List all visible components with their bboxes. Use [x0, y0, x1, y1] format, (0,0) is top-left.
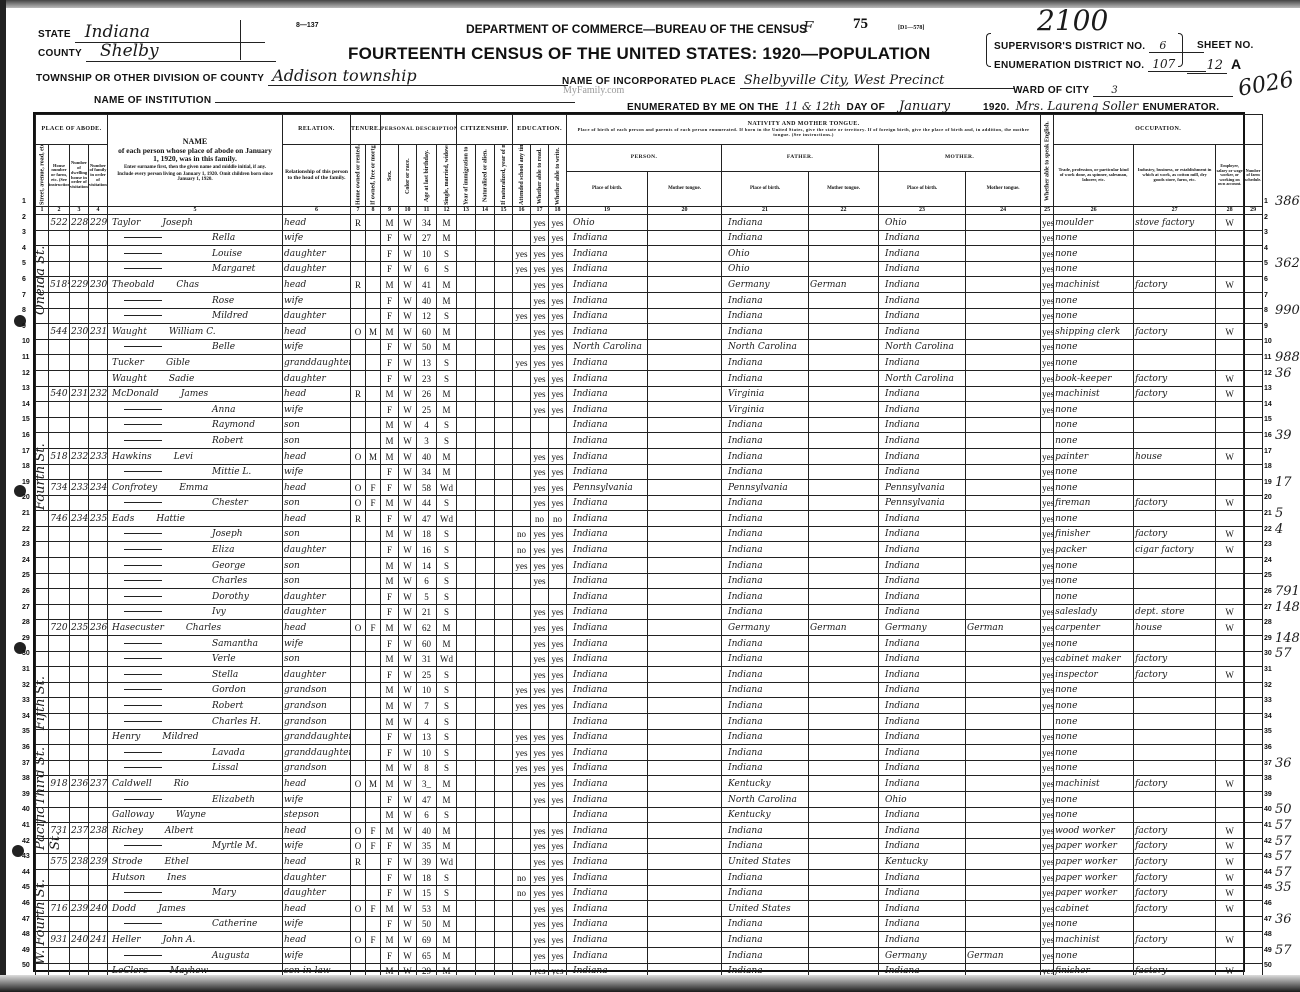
mother-tongue-cell — [966, 308, 1041, 324]
naturalization-year-cell — [495, 760, 513, 776]
name-cell: Dorothy — [108, 589, 283, 605]
header-person-pob: Place of birth. — [567, 172, 648, 207]
dwelling-cell — [70, 370, 89, 386]
township-label: TOWNSHIP OR OTHER DIVISION OF COUNTY — [36, 73, 264, 84]
line-number-left: 8 — [22, 307, 26, 314]
age-cell: 7 — [417, 698, 437, 714]
owned-cell: R — [351, 854, 366, 870]
relation-cell: head — [283, 776, 351, 792]
industry-cell — [1134, 807, 1216, 823]
immigration-cell — [457, 386, 476, 402]
owned-cell — [351, 682, 366, 698]
mother-tongue-cell — [966, 682, 1041, 698]
county-label: COUNTY — [38, 48, 82, 59]
mortgaged-cell — [366, 651, 381, 667]
color-cell: W — [399, 433, 417, 449]
trade-cell: none — [1054, 807, 1134, 823]
sheet-side: A — [1231, 56, 1241, 72]
given-name: Ethel — [165, 857, 189, 867]
employer-cell — [1216, 589, 1244, 605]
street-cell — [36, 573, 49, 589]
sex-cell: F — [381, 729, 399, 745]
naturalization-year-cell — [495, 448, 513, 464]
relation-cell: grandson — [283, 714, 351, 730]
father-tongue-cell — [809, 745, 879, 761]
sex-cell: M — [381, 807, 399, 823]
column-number: 5 — [108, 207, 283, 215]
mortgaged-cell: F — [366, 620, 381, 636]
census-row: WaughtSadiedaughterFW23SyesyesIndianaInd… — [36, 370, 1263, 386]
industry-cell — [1134, 745, 1216, 761]
ditto-dash — [124, 611, 162, 612]
father-birthplace-cell: Indiana — [722, 495, 809, 511]
father-tongue-cell — [809, 542, 879, 558]
relation-cell: head — [283, 823, 351, 839]
immigration-cell — [457, 636, 476, 652]
mother-birthplace-cell: Indiana — [879, 324, 966, 340]
read-cell: yes — [531, 823, 549, 839]
naturalized-cell — [476, 698, 495, 714]
mother-birthplace-cell: Indiana — [879, 682, 966, 698]
house-number-cell — [49, 417, 70, 433]
read-cell: yes — [531, 308, 549, 324]
person-tongue-cell — [648, 246, 722, 262]
dwelling-cell — [70, 573, 89, 589]
trade-cell: none — [1054, 464, 1134, 480]
read-cell — [531, 807, 549, 823]
name-cell: Margaret — [108, 261, 283, 277]
farm-cell — [1244, 760, 1263, 776]
trade-cell: packer — [1054, 542, 1134, 558]
street-cell — [36, 511, 49, 527]
census-row: BellewifeFW50MyesyesNorth CarolinaNorth … — [36, 339, 1263, 355]
farm-cell — [1244, 745, 1263, 761]
industry-cell — [1134, 355, 1216, 371]
english-cell: yes — [1041, 402, 1054, 418]
immigration-cell — [457, 402, 476, 418]
immigration-cell — [457, 604, 476, 620]
dwelling-cell — [70, 339, 89, 355]
column-number-row: 1234567891011121314151617181920212223242… — [36, 207, 1263, 215]
marital-cell: M — [437, 402, 457, 418]
read-cell: yes — [531, 464, 549, 480]
census-row: JosephsonMW18SnoyesyesIndianaIndianaIndi… — [36, 526, 1263, 542]
naturalization-year-cell — [495, 480, 513, 496]
read-cell: yes — [531, 230, 549, 246]
naturalization-year-cell — [495, 542, 513, 558]
owned-cell — [351, 261, 366, 277]
dwelling-cell: 237 — [70, 823, 89, 839]
marital-cell: M — [437, 215, 457, 231]
color-cell: W — [399, 448, 417, 464]
school-cell — [513, 339, 531, 355]
color-cell: W — [399, 526, 417, 542]
naturalized-cell — [476, 885, 495, 901]
color-cell: W — [399, 339, 417, 355]
age-cell: 18 — [417, 526, 437, 542]
column-number: 2 — [49, 207, 70, 215]
line-number-right: 4 — [1264, 245, 1268, 252]
father-birthplace-cell: Indiana — [722, 729, 809, 745]
father-birthplace-cell: United States — [722, 901, 809, 917]
header-relation-desc: Relationship of this person to the head … — [283, 145, 351, 207]
header-father-tongue: Mother tongue. — [809, 172, 879, 207]
mother-tongue-cell — [966, 558, 1041, 574]
surname: Hawkins — [112, 452, 152, 462]
employer-cell: W — [1216, 386, 1244, 402]
given-name: Rella — [212, 233, 235, 243]
marital-cell: M — [437, 324, 457, 340]
naturalized-cell — [476, 402, 495, 418]
given-name: James — [158, 904, 185, 914]
given-name: Chas — [176, 280, 199, 290]
relation-cell: son — [283, 433, 351, 449]
street-cell — [36, 932, 49, 948]
house-number-cell — [49, 667, 70, 683]
line-number-right: 9 — [1264, 323, 1268, 330]
naturalized-cell — [476, 589, 495, 605]
line-number-right: 31 — [1264, 666, 1272, 673]
name-cell: GallowayWayne — [108, 807, 283, 823]
naturalized-cell — [476, 932, 495, 948]
naturalized-cell — [476, 230, 495, 246]
line-number-left: 23 — [22, 541, 30, 548]
sex-cell: M — [381, 526, 399, 542]
relation-cell: daughter — [283, 542, 351, 558]
house-number-cell — [49, 292, 70, 308]
father-birthplace-cell: Indiana — [722, 542, 809, 558]
marital-cell: M — [437, 838, 457, 854]
trade-cell: machinist — [1054, 776, 1134, 792]
mother-tongue-cell: German — [966, 620, 1041, 636]
line-number-right: 26 — [1264, 588, 1272, 595]
person-birthplace-cell: Indiana — [567, 760, 648, 776]
header-employer: Employer, salary or wage worker, or work… — [1216, 145, 1244, 207]
house-number-cell — [49, 807, 70, 823]
mother-birthplace-cell: Indiana — [879, 402, 966, 418]
trade-cell: cabinet — [1054, 901, 1134, 917]
name-cell: Charles H. — [108, 714, 283, 730]
color-cell: W — [399, 386, 417, 402]
industry-cell: house — [1134, 448, 1216, 464]
color-cell: W — [399, 947, 417, 963]
sex-cell: F — [381, 947, 399, 963]
house-number-cell — [49, 636, 70, 652]
read-cell: yes — [531, 620, 549, 636]
house-number-cell — [49, 791, 70, 807]
mother-birthplace-cell: North Carolina — [879, 370, 966, 386]
color-cell: W — [399, 698, 417, 714]
column-number: 11 — [417, 207, 437, 215]
census-row: 575238239StrodeEthelheadRFW39WdyesyesInd… — [36, 854, 1263, 870]
father-tongue-cell — [809, 838, 879, 854]
father-birthplace-cell: Indiana — [722, 869, 809, 885]
employer-cell — [1216, 729, 1244, 745]
farm-cell — [1244, 308, 1263, 324]
farm-cell — [1244, 854, 1263, 870]
mother-birthplace-cell: Indiana — [879, 760, 966, 776]
header-name: NAME of each person whose place of abode… — [108, 115, 283, 207]
family-cell — [89, 698, 108, 714]
father-birthplace-cell: Indiana — [722, 230, 809, 246]
read-cell: no — [531, 511, 549, 527]
father-birthplace-cell: Virginia — [722, 402, 809, 418]
sex-cell: F — [381, 480, 399, 496]
father-tongue-cell — [809, 573, 879, 589]
father-birthplace-cell: Indiana — [722, 636, 809, 652]
write-cell: yes — [549, 745, 567, 761]
header-occupation: OCCUPATION. — [1054, 115, 1263, 145]
family-cell — [89, 604, 108, 620]
color-cell: W — [399, 573, 417, 589]
father-tongue-cell — [809, 402, 879, 418]
naturalization-year-cell — [495, 261, 513, 277]
write-cell: yes — [549, 292, 567, 308]
write-cell: yes — [549, 947, 567, 963]
father-birthplace-cell: Indiana — [722, 324, 809, 340]
read-cell: yes — [531, 386, 549, 402]
english-cell: yes — [1041, 698, 1054, 714]
given-name: Albert — [165, 826, 193, 836]
header-person-tongue: Mother tongue. — [648, 172, 722, 207]
write-cell: yes — [549, 636, 567, 652]
employer-cell — [1216, 636, 1244, 652]
dwelling-cell: 230 — [70, 324, 89, 340]
farm-cell — [1244, 230, 1263, 246]
line-number-right: 18 — [1264, 463, 1272, 470]
owned-cell — [351, 651, 366, 667]
mother-birthplace-cell: Indiana — [879, 838, 966, 854]
farm-cell — [1244, 370, 1263, 386]
mother-birthplace-cell: Indiana — [879, 823, 966, 839]
line-number-left: 39 — [22, 791, 30, 798]
marital-cell: M — [437, 230, 457, 246]
house-number-cell: 931 — [49, 932, 70, 948]
surname: Dodd — [112, 904, 136, 914]
family-cell — [89, 916, 108, 932]
margin-note: 5 — [1275, 506, 1283, 521]
line-number-right: 24 — [1264, 557, 1272, 564]
father-tongue-cell — [809, 246, 879, 262]
relation-cell: stepson — [283, 807, 351, 823]
mother-tongue-cell — [966, 854, 1041, 870]
relation-cell: wife — [283, 402, 351, 418]
industry-cell — [1134, 480, 1216, 496]
age-cell: 27 — [417, 230, 437, 246]
school-cell — [513, 324, 531, 340]
father-tongue-cell — [809, 589, 879, 605]
english-cell: yes — [1041, 558, 1054, 574]
write-cell: yes — [549, 682, 567, 698]
father-tongue-cell — [809, 807, 879, 823]
ditto-dash — [124, 845, 162, 846]
family-cell — [89, 807, 108, 823]
given-name: Sadie — [169, 374, 195, 384]
mother-birthplace-cell: Indiana — [879, 511, 966, 527]
age-cell: 40 — [417, 823, 437, 839]
write-cell: yes — [549, 869, 567, 885]
naturalized-cell — [476, 308, 495, 324]
mortgaged-cell — [366, 402, 381, 418]
street-cell — [36, 402, 49, 418]
dwelling-cell — [70, 495, 89, 511]
census-row: HenryMildredgranddaughterFW13SyesyesyesI… — [36, 729, 1263, 745]
owned-cell: O — [351, 324, 366, 340]
given-name: Charles H. — [212, 717, 261, 727]
age-cell: 47 — [417, 791, 437, 807]
read-cell: yes — [531, 261, 549, 277]
mother-birthplace-cell: Indiana — [879, 308, 966, 324]
trade-cell: none — [1054, 714, 1134, 730]
dwelling-cell — [70, 308, 89, 324]
person-birthplace-cell: Indiana — [567, 791, 648, 807]
father-birthplace-cell: Indiana — [722, 355, 809, 371]
employer-cell — [1216, 714, 1244, 730]
sex-cell: M — [381, 448, 399, 464]
school-cell — [513, 604, 531, 620]
mortgaged-cell — [366, 589, 381, 605]
mother-tongue-cell — [966, 651, 1041, 667]
person-birthplace-cell: Indiana — [567, 308, 648, 324]
given-name: Gordon — [212, 685, 246, 695]
marital-cell: M — [437, 277, 457, 293]
given-name: Mildred — [212, 311, 248, 321]
house-number-cell: 731 — [49, 823, 70, 839]
father-tongue-cell — [809, 823, 879, 839]
write-cell: yes — [549, 667, 567, 683]
employer-cell — [1216, 355, 1244, 371]
mother-birthplace-cell: Indiana — [879, 807, 966, 823]
person-tongue-cell — [648, 511, 722, 527]
mother-tongue-cell — [966, 246, 1041, 262]
census-row: 716239240DoddJamesheadOFMW53MyesyesIndia… — [36, 901, 1263, 917]
naturalization-year-cell — [495, 339, 513, 355]
given-name: Wayne — [176, 810, 206, 820]
census-row: RosewifeFW40MyesyesIndianaIndianaIndiana… — [36, 292, 1263, 308]
ditto-dash — [124, 689, 162, 690]
english-cell: yes — [1041, 651, 1054, 667]
industry-cell: factory — [1134, 776, 1216, 792]
marital-cell: S — [437, 526, 457, 542]
naturalization-year-cell — [495, 807, 513, 823]
street-cell — [36, 854, 49, 870]
age-cell: 62 — [417, 620, 437, 636]
farm-cell — [1244, 698, 1263, 714]
father-tongue-cell — [809, 526, 879, 542]
immigration-cell — [457, 355, 476, 371]
trade-cell: cabinet maker — [1054, 651, 1134, 667]
department-title: DEPARTMENT OF COMMERCE—BUREAU OF THE CEN… — [466, 22, 807, 36]
given-name: Augusta — [212, 951, 249, 961]
immigration-cell — [457, 807, 476, 823]
read-cell: yes — [531, 745, 549, 761]
relation-cell: grandson — [283, 698, 351, 714]
age-cell: 60 — [417, 636, 437, 652]
supervisor-label: SUPERVISOR'S DISTRICT NO. — [994, 41, 1145, 52]
line-number-left: 17 — [22, 448, 30, 455]
marital-cell: S — [437, 246, 457, 262]
father-birthplace-cell: Indiana — [722, 604, 809, 620]
naturalized-cell — [476, 526, 495, 542]
column-number: 4 — [89, 207, 108, 215]
naturalized-cell — [476, 292, 495, 308]
house-number-cell — [49, 947, 70, 963]
father-tongue-cell — [809, 636, 879, 652]
naturalization-year-cell — [495, 901, 513, 917]
read-cell: yes — [531, 604, 549, 620]
trade-cell: paper worker — [1054, 838, 1134, 854]
english-cell: yes — [1041, 324, 1054, 340]
census-row: MarydaughterFW15SnoyesyesIndianaIndianaI… — [36, 885, 1263, 901]
relation-cell: head — [283, 448, 351, 464]
column-number: 7 — [351, 207, 366, 215]
school-cell — [513, 589, 531, 605]
trade-cell: none — [1054, 355, 1134, 371]
dwelling-cell: 235 — [70, 620, 89, 636]
owned-cell — [351, 729, 366, 745]
ditto-dash — [124, 892, 162, 893]
english-cell: yes — [1041, 729, 1054, 745]
trade-cell: none — [1054, 745, 1134, 761]
house-number-cell: 544 — [49, 324, 70, 340]
line-number-left: 42 — [22, 838, 30, 845]
street-cell — [36, 589, 49, 605]
given-name: Rio — [174, 779, 189, 789]
age-cell: 4 — [417, 714, 437, 730]
person-tongue-cell — [648, 729, 722, 745]
sex-cell: M — [381, 620, 399, 636]
house-number-cell — [49, 402, 70, 418]
write-cell — [549, 417, 567, 433]
census-row: 918236237CaldwellRioheadOMMW3_MyesyesInd… — [36, 776, 1263, 792]
color-cell: W — [399, 277, 417, 293]
sex-cell: F — [381, 402, 399, 418]
family-cell: 233 — [89, 448, 108, 464]
name-cell: ConfroteyEmma — [108, 480, 283, 496]
header-relation: RELATION. — [283, 115, 351, 145]
father-birthplace-cell: North Carolina — [722, 791, 809, 807]
family-cell — [89, 292, 108, 308]
age-cell: 26 — [417, 386, 437, 402]
trade-cell: none — [1054, 729, 1134, 745]
industry-cell — [1134, 698, 1216, 714]
person-birthplace-cell: Indiana — [567, 370, 648, 386]
header-mother-pob: Place of birth. — [879, 172, 966, 207]
line-number-right: 6 — [1264, 276, 1268, 283]
name-cell: TheobaldChas — [108, 277, 283, 293]
person-tongue-cell — [648, 339, 722, 355]
census-sheet: PLACE OF ABODE. NAME of each person whos… — [33, 112, 1245, 972]
person-birthplace-cell: Indiana — [567, 947, 648, 963]
person-tongue-cell — [648, 464, 722, 480]
line-number-left: 48 — [22, 931, 30, 938]
name-cell: Verle — [108, 651, 283, 667]
header-nativity: NATIVITY AND MOTHER TONGUE. Place of bir… — [567, 115, 1041, 145]
relation-cell: daughter — [283, 885, 351, 901]
person-tongue-cell — [648, 620, 722, 636]
surname: Waught — [112, 327, 147, 337]
name-cell: HutsonInes — [108, 869, 283, 885]
naturalization-year-cell — [495, 433, 513, 449]
relation-cell: head — [283, 480, 351, 496]
read-cell: yes — [531, 901, 549, 917]
father-birthplace-cell: Germany — [722, 620, 809, 636]
margin-note: 57 — [1275, 849, 1292, 864]
street-cell — [36, 682, 49, 698]
industry-cell — [1134, 947, 1216, 963]
mother-tongue-cell — [966, 526, 1041, 542]
street-cell — [36, 620, 49, 636]
